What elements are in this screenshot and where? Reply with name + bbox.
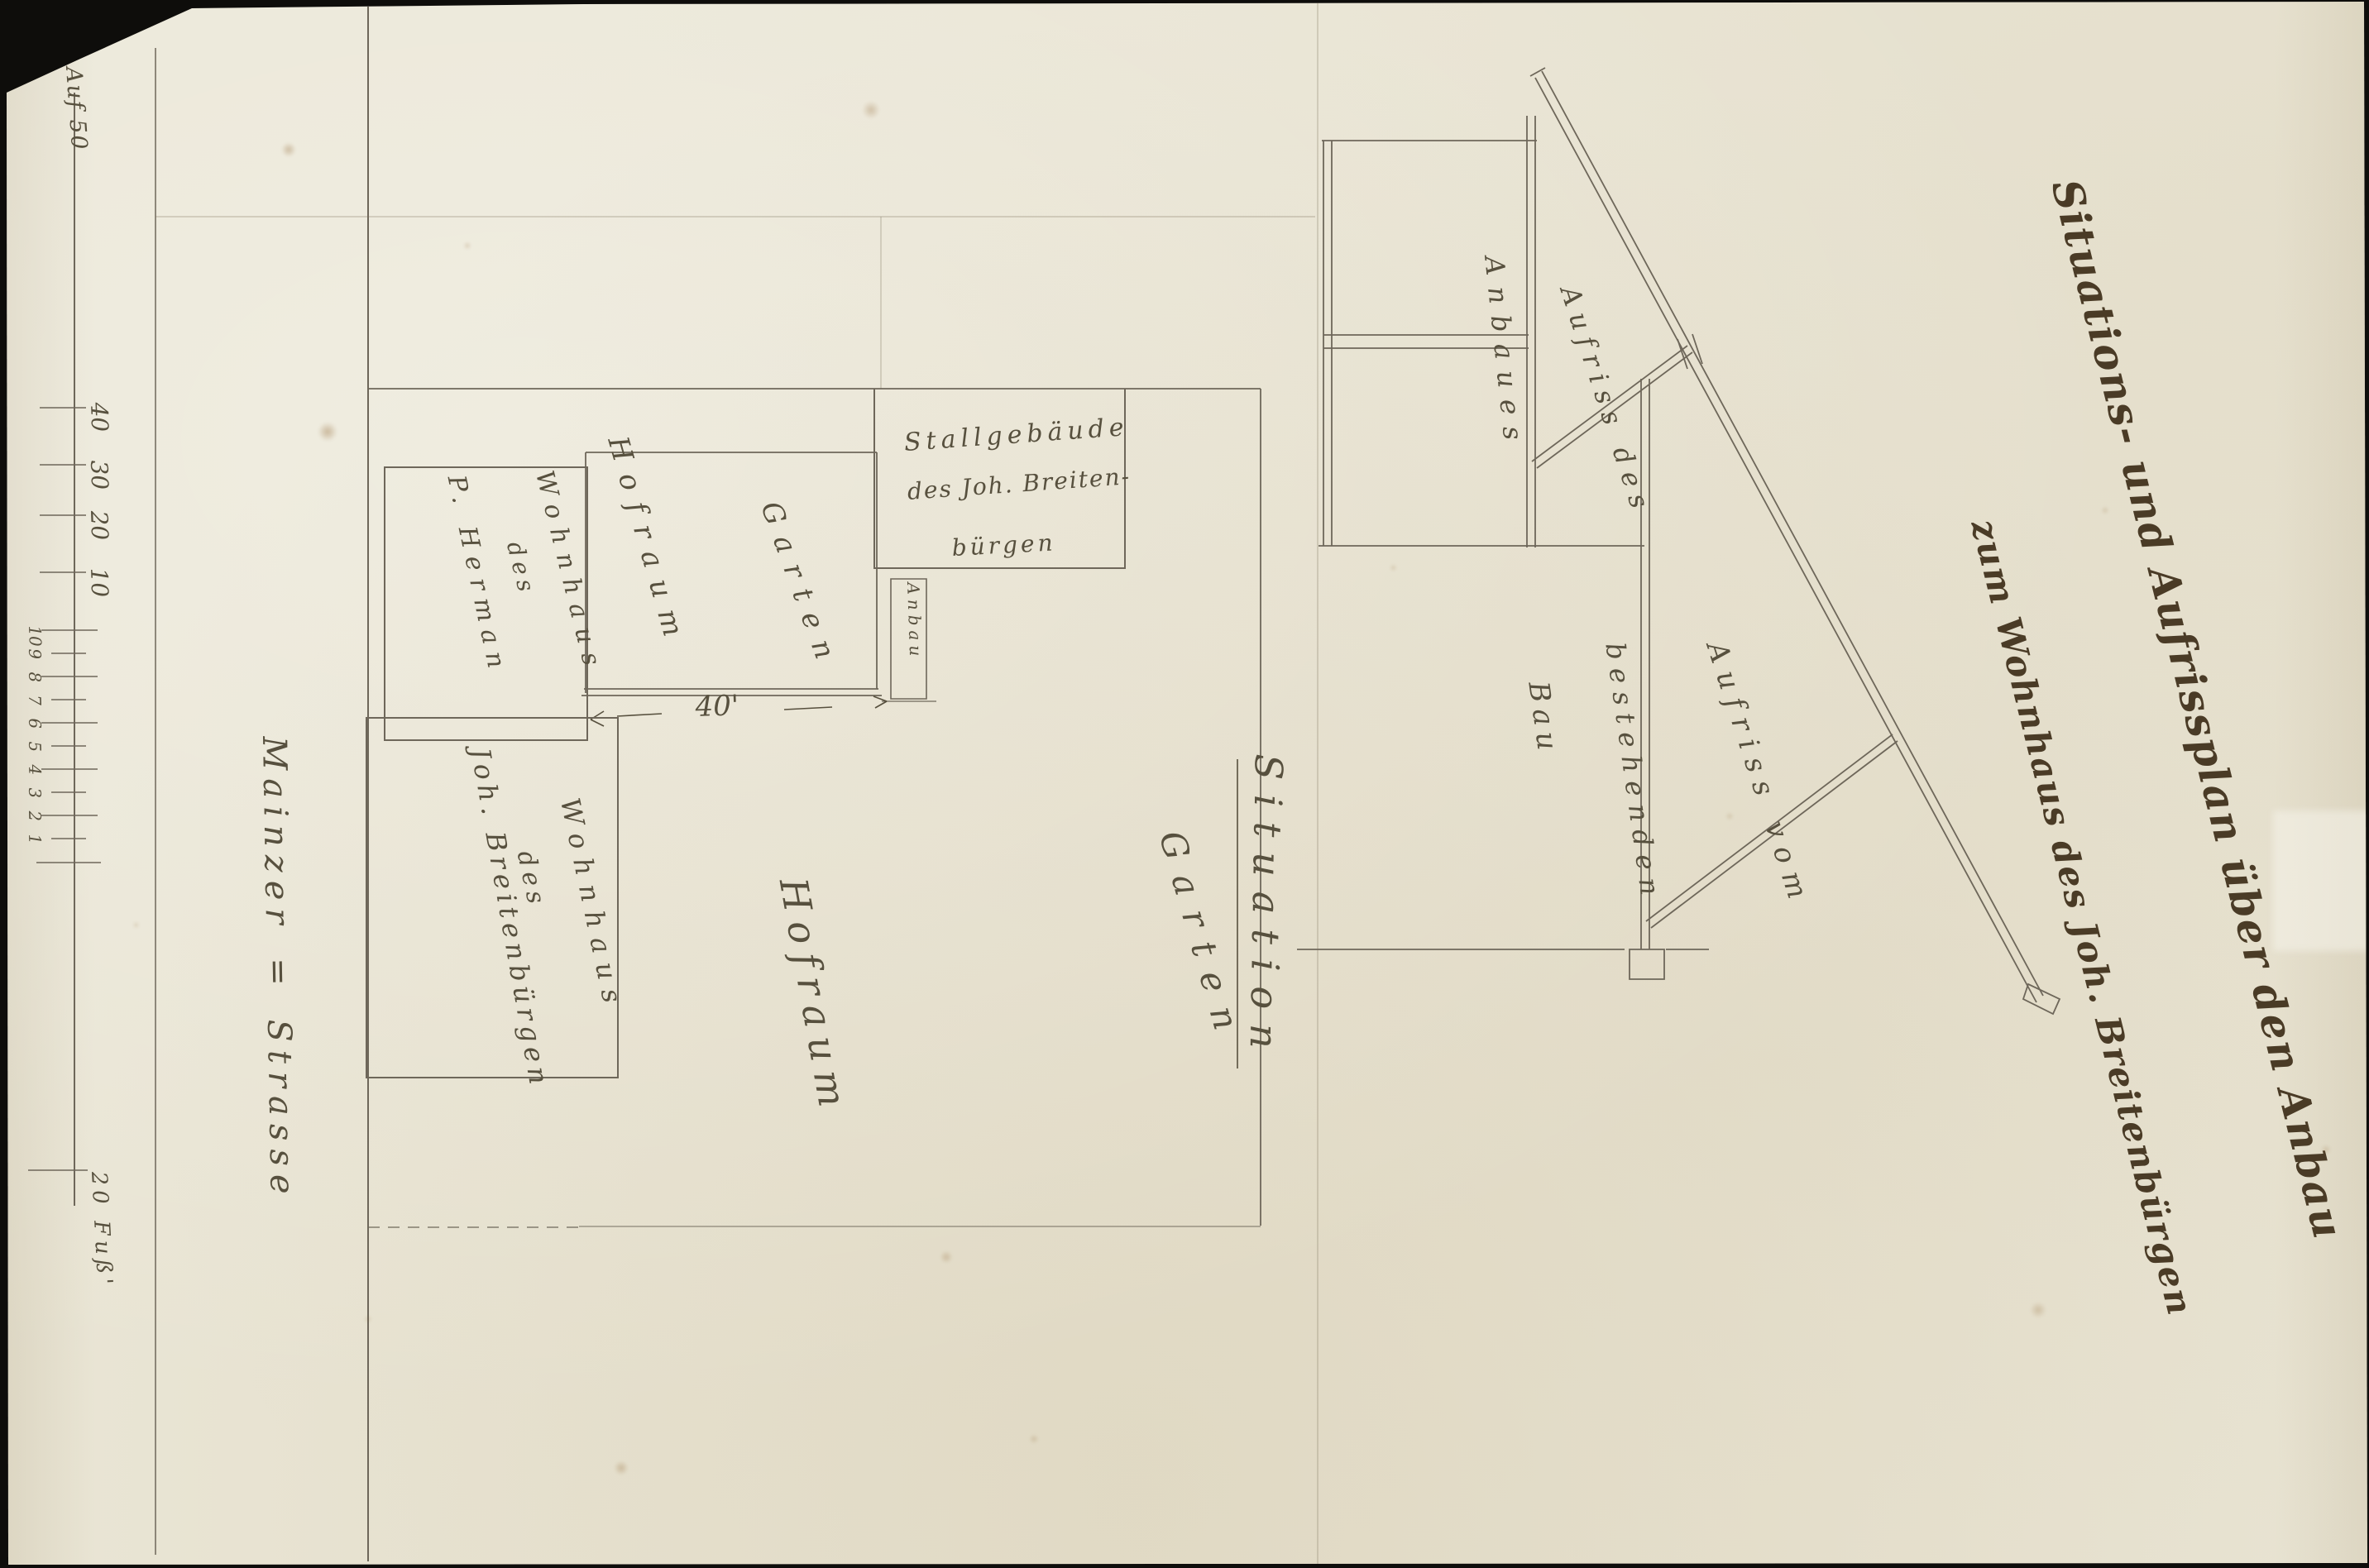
street-name-label: Mainzer = Strasse — [256, 736, 299, 1202]
street-lines — [74, 7, 368, 1561]
dimension-label: 40' — [695, 691, 739, 723]
stall-label-line3: bürgen — [951, 530, 1056, 560]
scale-minor-label: 10 — [26, 625, 44, 647]
scale-bottom-label: 20 Fuß' — [87, 1171, 116, 1290]
foxing-spot — [1725, 812, 1734, 820]
foxing-spot — [862, 101, 880, 119]
foxing-spot — [614, 1460, 629, 1475]
foxing-spot — [132, 921, 140, 929]
elevation-strut-lines — [1532, 334, 1898, 928]
scale-minor-label: 1 — [26, 834, 43, 844]
drawing-linework — [0, 0, 2369, 1568]
scale-minor-label: 3 — [26, 787, 43, 798]
scale-top-label: Auf 50 — [61, 66, 90, 152]
foxing-spot — [463, 241, 471, 250]
foxing-spot — [524, 857, 531, 863]
foxing-spot — [2030, 1302, 2046, 1318]
scale-major-label: 20 — [87, 510, 112, 541]
scale-major-label: 30 — [87, 460, 112, 490]
fold-lines — [156, 0, 1318, 1568]
foxing-spot — [2321, 1145, 2331, 1154]
scale-major-label: 40 — [87, 402, 112, 433]
scale-minor-label: 6 — [26, 718, 43, 729]
paper-patch — [2273, 810, 2369, 951]
paper-sheet: Auf 50 40 30 20 10 10 9 8 7 6 5 4 3 2 1 … — [0, 0, 2369, 1568]
foxing-spot — [1390, 564, 1397, 571]
scale-minor-label: 2 — [26, 810, 43, 821]
foxing-spot — [281, 142, 296, 157]
foxing-spot — [2101, 506, 2109, 514]
foxing-spot — [1029, 1434, 1039, 1444]
plan-title: Situation — [1243, 753, 1289, 1064]
scale-minor-label: 9 — [26, 648, 43, 659]
scale-minor-label: 4 — [26, 764, 43, 775]
foxing-spot — [318, 422, 337, 442]
scale-minor-label: 8 — [26, 672, 43, 682]
scale-minor-label: 5 — [26, 741, 43, 752]
scale-minor-label: 7 — [26, 695, 43, 705]
foxing-spot — [940, 1250, 953, 1264]
scale-major-label: 10 — [87, 567, 112, 598]
anbau-label: Anbau — [904, 582, 924, 662]
foxing-spot — [364, 1315, 372, 1323]
